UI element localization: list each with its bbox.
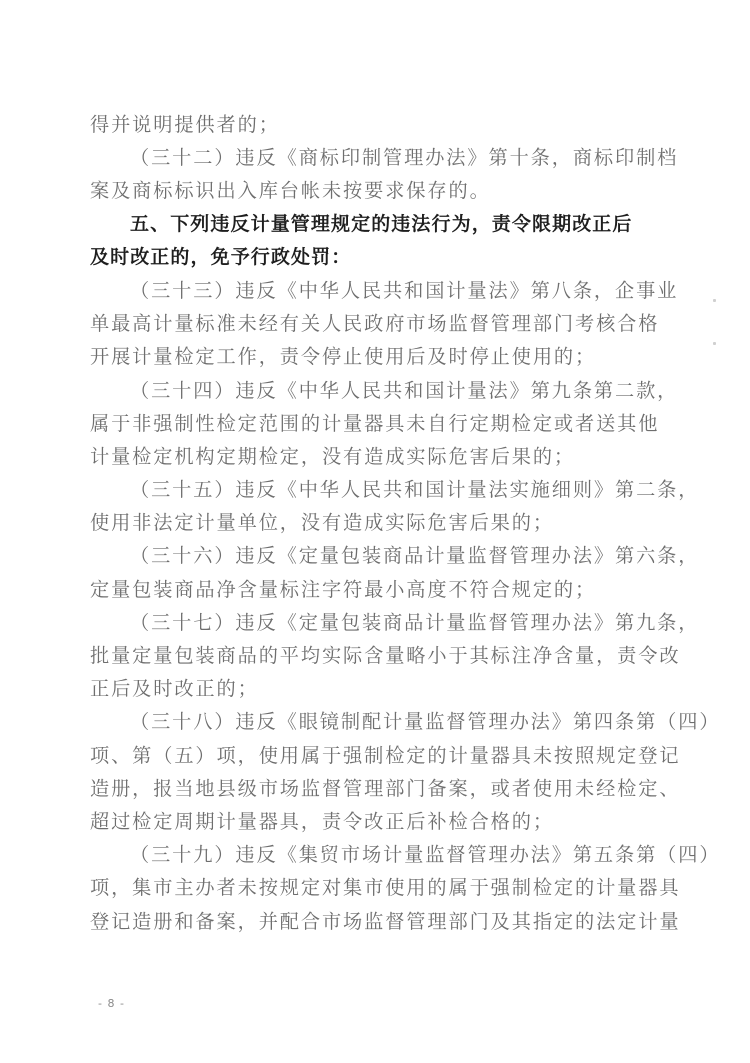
section-heading-line: 五、下列违反计量管理规定的违法行为，责令限期改正后 xyxy=(90,208,662,241)
paragraph-line: 项、第（五）项，使用属于强制检定的计量器具未按照规定登记 xyxy=(90,739,662,772)
paragraph-line: （三十六）违反《定量包装商品计量监督管理办法》第六条， xyxy=(90,539,662,572)
page-number: - 8 - xyxy=(98,997,125,1010)
paragraph-line: 超过检定周期计量器具，责令改正后补检合格的； xyxy=(90,805,662,838)
document-body: 得并说明提供者的；（三十二）违反《商标印制管理办法》第十条，商标印制档案及商标标… xyxy=(90,108,662,938)
paragraph-line: （三十五）违反《中华人民共和国计量法实施细则》第二条， xyxy=(90,473,662,506)
paragraph-line: 造册，报当地县级市场监督管理部门备案，或者使用未经检定、 xyxy=(90,772,662,805)
paragraph-line: （三十二）违反《商标印制管理办法》第十条，商标印制档 xyxy=(90,141,662,174)
paragraph-line: （三十三）违反《中华人民共和国计量法》第八条，企事业 xyxy=(90,274,662,307)
scan-speck xyxy=(713,299,716,302)
paragraph-line: 使用非法定计量单位，没有造成实际危害后果的； xyxy=(90,506,662,539)
document-page: 得并说明提供者的；（三十二）违反《商标印制管理办法》第十条，商标印制档案及商标标… xyxy=(0,0,750,1063)
paragraph-line: 案及商标标识出入库台帐未按要求保存的。 xyxy=(90,174,662,207)
paragraph-line: （三十九）违反《集贸市场计量监督管理办法》第五条第（四） xyxy=(90,838,662,871)
paragraph-line: 属于非强制性检定范围的计量器具未自行定期检定或者送其他 xyxy=(90,407,662,440)
paragraph-line: （三十七）违反《定量包装商品计量监督管理办法》第九条， xyxy=(90,606,662,639)
paragraph-line: 计量检定机构定期检定，没有造成实际危害后果的； xyxy=(90,440,662,473)
paragraph-line: 项，集市主办者未按规定对集市使用的属于强制检定的计量器具 xyxy=(90,871,662,904)
paragraph-line: 批量定量包装商品的平均实际含量略小于其标注净含量，责令改 xyxy=(90,639,662,672)
paragraph-line: 得并说明提供者的； xyxy=(90,108,662,141)
scan-speck xyxy=(713,342,716,345)
section-heading-line: 及时改正的，免予行政处罚： xyxy=(90,241,662,274)
paragraph-line: （三十四）违反《中华人民共和国计量法》第九条第二款， xyxy=(90,374,662,407)
paragraph-line: （三十八）违反《眼镜制配计量监督管理办法》第四条第（四） xyxy=(90,705,662,738)
paragraph-line: 登记造册和备案，并配合市场监督管理部门及其指定的法定计量 xyxy=(90,905,662,938)
paragraph-line: 正后及时改正的； xyxy=(90,672,662,705)
paragraph-line: 定量包装商品净含量标注字符最小高度不符合规定的； xyxy=(90,573,662,606)
paragraph-line: 开展计量检定工作，责令停止使用后及时停止使用的； xyxy=(90,340,662,373)
paragraph-line: 单最高计量标准未经有关人民政府市场监督管理部门考核合格 xyxy=(90,307,662,340)
